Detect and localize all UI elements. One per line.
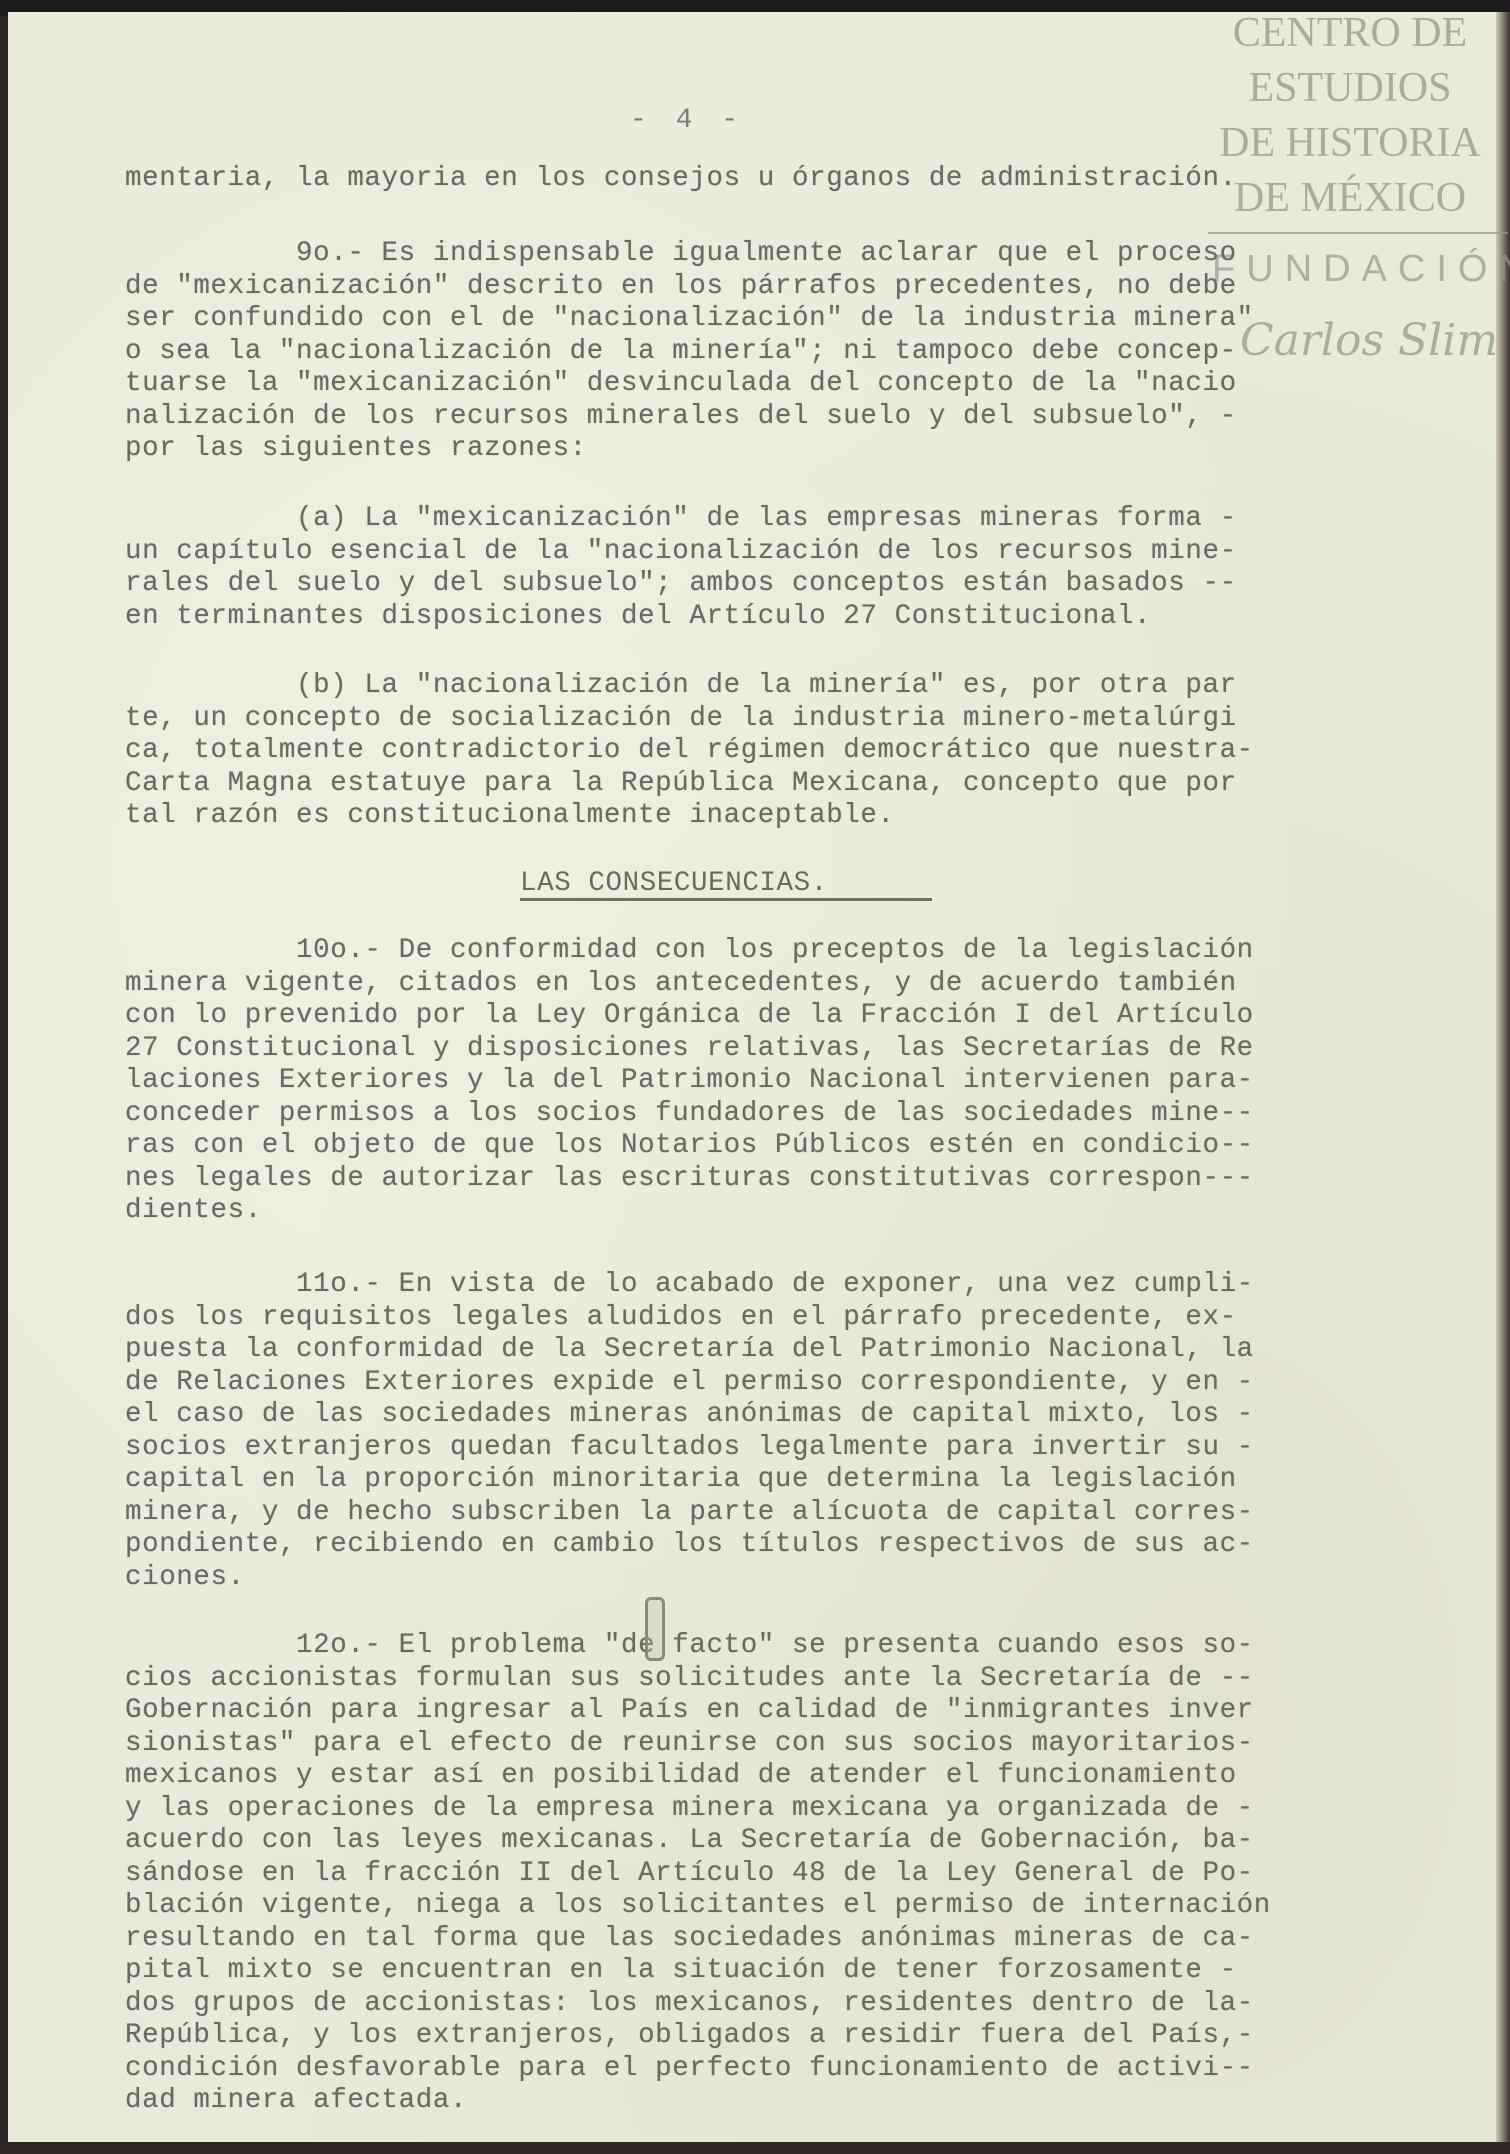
text-line: por las siguientes razones: <box>125 433 1395 466</box>
text-line: República, y los extranjeros, obligados … <box>125 2020 1395 2053</box>
text-line: 9o.- Es indispensable igualmente aclarar… <box>125 238 1395 271</box>
text-line: dos los requisitos legales aludidos en e… <box>125 1302 1395 1335</box>
text-line: ras con el objeto de que los Notarios Pú… <box>125 1130 1395 1163</box>
scan-bottom-edge <box>0 2142 1510 2154</box>
text-line: te, un concepto de socialización de la i… <box>125 703 1395 736</box>
watermark-line: ESTUDIOS <box>1210 61 1490 116</box>
text-line: Gobernación para ingresar al País en cal… <box>125 1695 1395 1728</box>
text-line: condición desfavorable para el perfecto … <box>125 2053 1395 2086</box>
page-number: - 4 - <box>630 105 744 136</box>
text-line: rales del suelo y del subsuelo"; ambos c… <box>125 568 1395 601</box>
text-line: nalización de los recursos minerales del… <box>125 401 1395 434</box>
text-line: en terminantes disposiciones del Artícul… <box>125 601 1395 634</box>
text-line: de Relaciones Exteriores expide el permi… <box>125 1367 1395 1400</box>
paragraph: 11o.- En vista de lo acabado de exponer,… <box>125 1269 1395 1594</box>
text-line: dos grupos de accionistas: los mexicanos… <box>125 1988 1395 2021</box>
text-line: puesta la conformidad de la Secretaría d… <box>125 1334 1395 1367</box>
text-line: con lo prevenido por la Ley Orgánica de … <box>125 1000 1395 1033</box>
text-line: laciones Exteriores y la del Patrimonio … <box>125 1065 1395 1098</box>
section-heading-underline <box>520 898 932 901</box>
text-line: socios extranjeros quedan facultados leg… <box>125 1432 1395 1465</box>
text-line: dientes. <box>125 1195 1395 1228</box>
text-line: tuarse la "mexicanización" desvinculada … <box>125 368 1395 401</box>
text-line: de "mexicanización" descrito en los párr… <box>125 271 1395 304</box>
text-line: tal razón es constitucionalmente inacept… <box>125 800 1395 833</box>
paragraph: (b) La "nacionalización de la minería" e… <box>125 670 1395 833</box>
text-line: (a) La "mexicanización" de las empresas … <box>125 503 1395 536</box>
text-line: conceder permisos a los socios fundadore… <box>125 1098 1395 1131</box>
text-line: capital en la proporción minoritaria que… <box>125 1464 1395 1497</box>
text-line: y las operaciones de la empresa minera m… <box>125 1793 1395 1826</box>
paragraph: (a) La "mexicanización" de las empresas … <box>125 503 1395 633</box>
text-line: un capítulo esencial de la "nacionalizac… <box>125 536 1395 569</box>
text-line: mentaria, la mayoria en los consejos u ó… <box>125 163 1395 196</box>
section-heading: LAS CONSECUENCIAS. <box>520 868 828 899</box>
text-line: cios accionistas formulan sus solicitude… <box>125 1663 1395 1696</box>
text-line: pondiente, recibiendo en cambio los títu… <box>125 1529 1395 1562</box>
text-line: pital mixto se encuentran en la situació… <box>125 1955 1395 1988</box>
text-line: 27 Constitucional y disposiciones relati… <box>125 1033 1395 1066</box>
scan-right-edge <box>1496 12 1510 2154</box>
text-line: o sea la "nacionalización de la minería"… <box>125 336 1395 369</box>
watermark-divider <box>1208 232 1508 234</box>
text-line: acuerdo con las leyes mexicanas. La Secr… <box>125 1825 1395 1858</box>
staple-mark <box>645 1597 665 1661</box>
text-line: minera vigente, citados en los anteceden… <box>125 968 1395 1001</box>
paragraph: 9o.- Es indispensable igualmente aclarar… <box>125 238 1395 466</box>
text-line: resultando en tal forma que las sociedad… <box>125 1923 1395 1956</box>
text-line: 10o.- De conformidad con los preceptos d… <box>125 935 1395 968</box>
text-line: minera, y de hecho subscriben la parte a… <box>125 1497 1395 1530</box>
paragraph: mentaria, la mayoria en los consejos u ó… <box>125 163 1395 196</box>
text-line: blación vigente, niega a los solicitante… <box>125 1890 1395 1923</box>
text-line: ciones. <box>125 1562 1395 1595</box>
paragraph: 10o.- De conformidad con los preceptos d… <box>125 935 1395 1228</box>
text-line: ser confundido con el de "nacionalizació… <box>125 303 1395 336</box>
text-line: Carta Magna estatuye para la República M… <box>125 768 1395 801</box>
text-line: el caso de las sociedades mineras anónim… <box>125 1399 1395 1432</box>
text-line: mexicanos y estar así en posibilidad de … <box>125 1760 1395 1793</box>
text-line: sionistas" para el efecto de reunirse co… <box>125 1728 1395 1761</box>
text-line: nes legales de autorizar las escrituras … <box>125 1163 1395 1196</box>
text-line: ca, totalmente contradictorio del régime… <box>125 735 1395 768</box>
text-line: (b) La "nacionalización de la minería" e… <box>125 670 1395 703</box>
paragraph: 12o.- El problema "de facto" se presenta… <box>125 1630 1395 2118</box>
text-line: 11o.- En vista de lo acabado de exponer,… <box>125 1269 1395 1302</box>
text-line: dad minera afectada. <box>125 2085 1395 2118</box>
text-line: sándose en la fracción II del Artículo 4… <box>125 1858 1395 1891</box>
text-line: 12o.- El problema "de facto" se presenta… <box>125 1630 1395 1663</box>
watermark-line: CENTRO DE <box>1210 6 1490 61</box>
